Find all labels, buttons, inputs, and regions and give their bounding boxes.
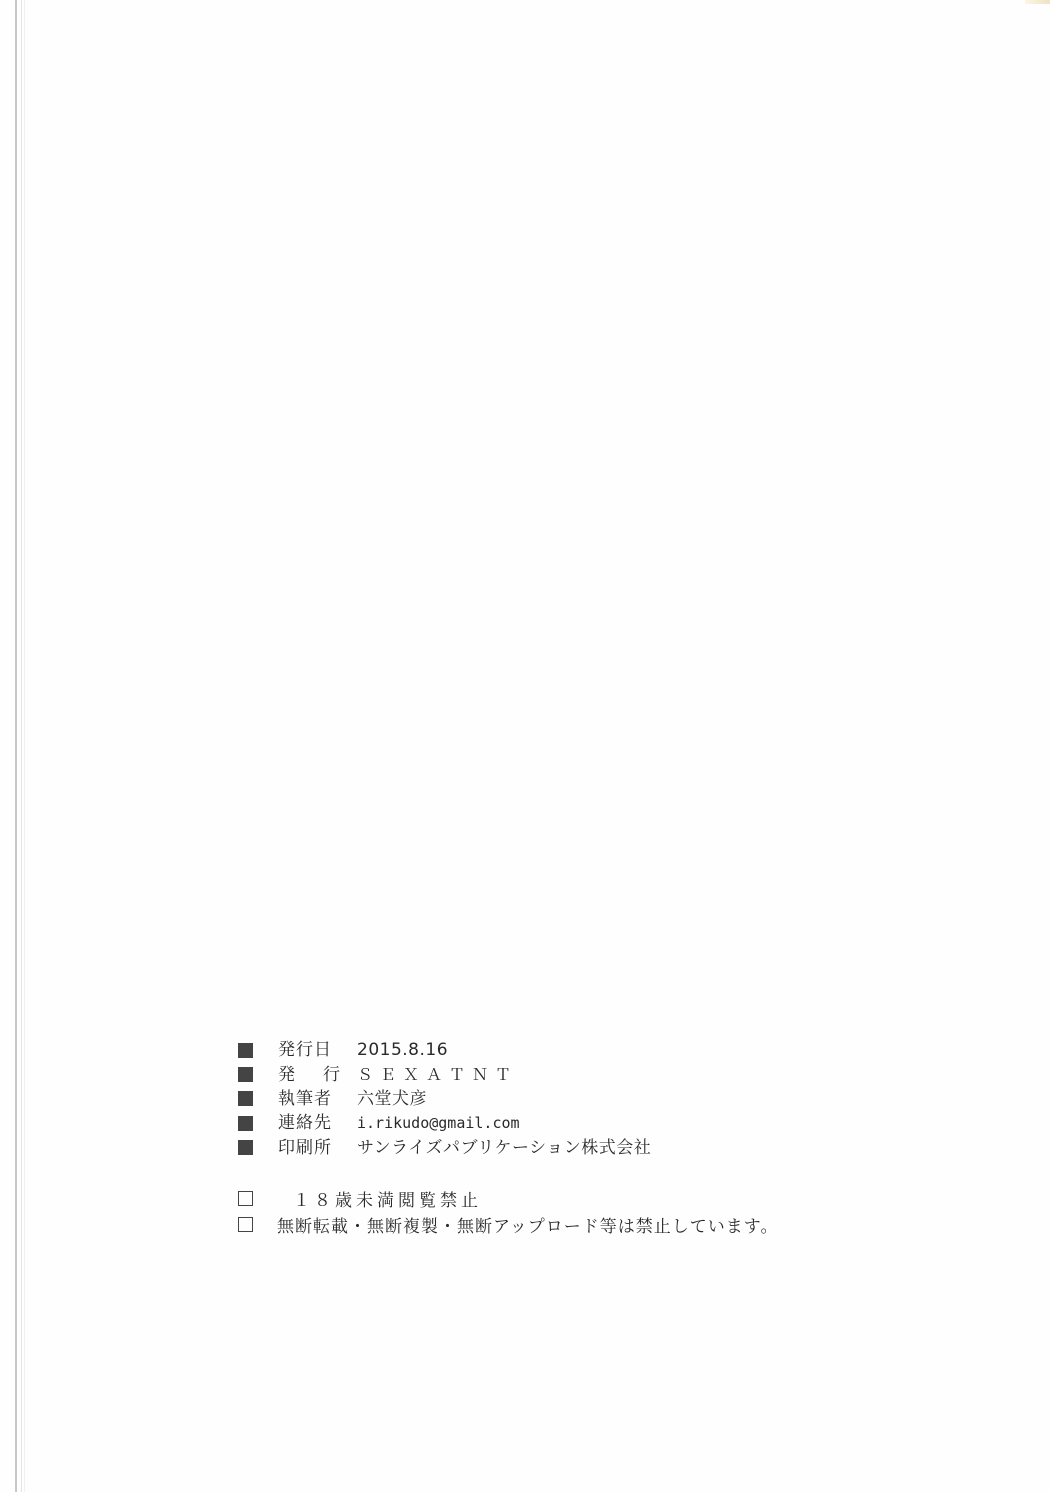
- colophon-row-printer: 印刷所 サンライズパブリケーション株式会社: [238, 1136, 651, 1160]
- binding-edge-line: [15, 0, 17, 1492]
- colophon-label-part: 行: [323, 1065, 340, 1085]
- colophon-row-author: 執筆者 六堂犬彦: [238, 1087, 651, 1111]
- colophon-row-publish-date: 発行日 2015.8.16: [238, 1038, 651, 1062]
- contact-email: i.rikudo@gmail.com: [357, 1113, 520, 1133]
- notice-text: １８歳未満閲覧禁止: [293, 1186, 482, 1211]
- filled-square-bullet-icon: [238, 1091, 253, 1106]
- empty-square-bullet-icon: [238, 1217, 253, 1232]
- publish-date: 2015.8.16: [357, 1040, 448, 1060]
- scan-corner-tint: [1025, 0, 1050, 4]
- colophon-label: 連絡先: [278, 1113, 357, 1133]
- filled-square-bullet-icon: [238, 1116, 253, 1131]
- colophon-label: 執筆者: [278, 1089, 357, 1109]
- colophon-label: 発 行: [278, 1065, 340, 1085]
- printer-name: サンライズパブリケーション株式会社: [357, 1138, 651, 1158]
- notice-copyright: 無断転載・無断複製・無断アップロード等は禁止しています。: [238, 1211, 778, 1237]
- colophon-block: 発行日 2015.8.16 発 行 ＳＥＸＡＴＮＴ 執筆者 六堂犬彦 連絡先 i…: [238, 1038, 651, 1160]
- colophon-label-part: 発: [278, 1065, 295, 1085]
- filled-square-bullet-icon: [238, 1067, 253, 1082]
- filled-square-bullet-icon: [238, 1043, 253, 1058]
- empty-square-bullet-icon: [238, 1191, 253, 1206]
- notices-block: １８歳未満閲覧禁止 無断転載・無断複製・無断アップロード等は禁止しています。: [238, 1185, 778, 1237]
- publisher-name: ＳＥＸＡＴＮＴ: [357, 1065, 518, 1085]
- binding-edge-line: [21, 0, 22, 1492]
- colophon-row-publisher: 発 行 ＳＥＸＡＴＮＴ: [238, 1062, 651, 1086]
- colophon-row-contact: 連絡先 i.rikudo@gmail.com: [238, 1111, 651, 1135]
- author-name: 六堂犬彦: [357, 1089, 427, 1109]
- binding-edge-line: [24, 0, 25, 1492]
- colophon-label: 発行日: [278, 1040, 357, 1060]
- filled-square-bullet-icon: [238, 1140, 253, 1155]
- scanned-page: 発行日 2015.8.16 発 行 ＳＥＸＡＴＮＴ 執筆者 六堂犬彦 連絡先 i…: [0, 0, 1050, 1492]
- colophon-label: 印刷所: [278, 1138, 357, 1158]
- notice-age-restriction: １８歳未満閲覧禁止: [238, 1185, 778, 1211]
- notice-text: 無断転載・無断複製・無断アップロード等は禁止しています。: [277, 1212, 778, 1237]
